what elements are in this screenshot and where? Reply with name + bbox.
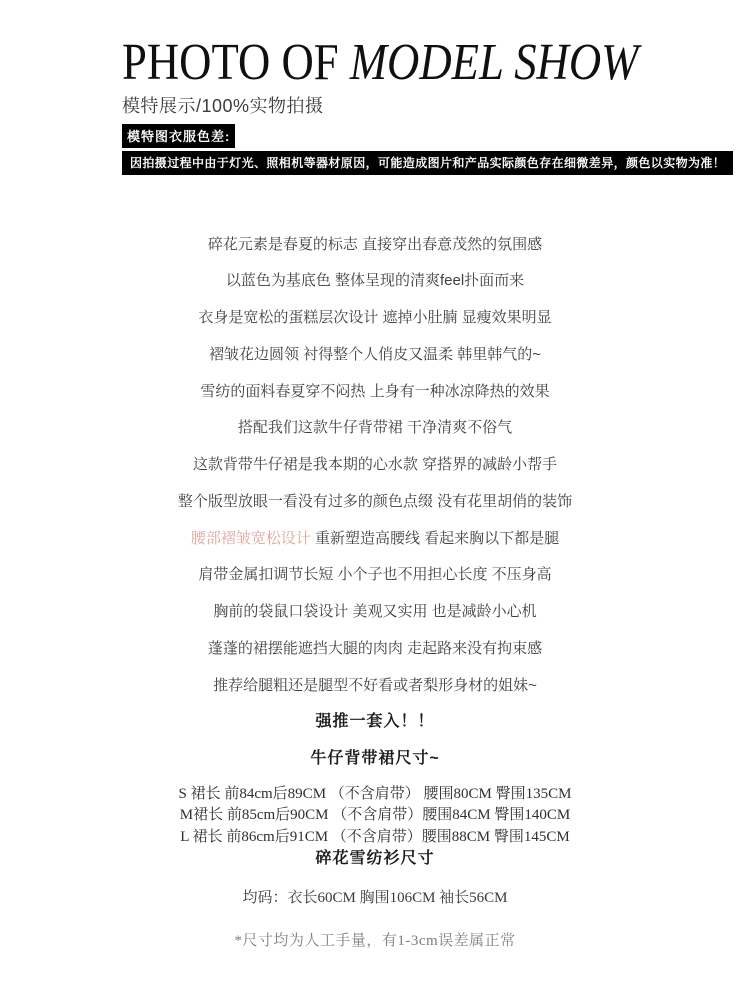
size-row-m: M裙长 前85cm后90CM （不含肩带）腰围84CM 臀围140CM (0, 805, 750, 827)
product-description-page: PHOTO OF MODEL SHOW 模特展示/100%实物拍摄 模特图衣服色… (0, 0, 750, 992)
description-line: 整个版型放眼一看没有过多的颜色点缀 没有花里胡俏的装饰 (0, 484, 750, 521)
color-notice-banner: 因拍摄过程中由于灯光、照相机等器材原因，可能造成图片和产品实际颜色存在细微差异，… (122, 151, 733, 175)
page-title-regular: PHOTO OF (122, 34, 350, 91)
shirt-size-heading: 碎花雪纺衫尺寸 (0, 848, 750, 870)
description-line: 搭配我们这款牛仔背带裙 干净清爽不俗气 (0, 410, 750, 447)
description-text-block: 碎花元素是春夏的标志 直接穿出春意茂然的氛围感 以蓝色为基底色 整体呈现的清爽f… (0, 227, 750, 778)
page-subtitle: 模特展示/100%实物拍摄 (122, 92, 750, 118)
recommend-heading: 强推一套入！！ (0, 704, 750, 741)
header-section: PHOTO OF MODEL SHOW 模特展示/100%实物拍摄 模特图衣服色… (0, 0, 750, 175)
description-line: 碎花元素是春夏的标志 直接穿出春意茂然的氛围感 (0, 227, 750, 264)
skirt-size-heading: 牛仔背带裙尺寸~ (0, 741, 750, 778)
description-line: 雪纺的面料春夏穿不闷热 上身有一种冰凉降热的效果 (0, 374, 750, 411)
description-line: 推荐给腿粗还是腿型不好看或者梨形身材的姐妹~ (0, 668, 750, 705)
color-difference-badge: 模特图衣服色差: (122, 124, 235, 148)
highlighted-feature-text: 腰部褶皱宽松设计 (191, 530, 311, 547)
description-line: 胸前的袋鼠口袋设计 美观又实用 也是减龄小心机 (0, 594, 750, 631)
page-title: PHOTO OF MODEL SHOW (122, 42, 638, 85)
description-line: 蓬蓬的裙摆能遮挡大腿的肉肉 走起路来没有拘束感 (0, 631, 750, 668)
description-line-highlighted: 腰部褶皱宽松设计 重新塑造高腰线 看起来胸以下都是腿 (0, 521, 750, 558)
page-title-italic: MODEL SHOW (350, 34, 639, 91)
description-line: 褶皱花边圆领 衬得整个人俏皮又温柔 韩里韩气的~ (0, 337, 750, 374)
description-line: 这款背带牛仔裙是我本期的心水款 穿搭界的减龄小帮手 (0, 447, 750, 484)
shirt-size-row: 均码：衣长60CM 胸围106CM 袖长56CM (0, 886, 750, 907)
measurement-note: *尺寸均为人工手量，有1-3cm误差属正常 (0, 929, 750, 950)
description-line: 肩带金属扣调节长短 小个子也不用担心长度 不压身高 (0, 557, 750, 594)
size-row-l: L 裙长 前86cm后91CM （不含肩带）腰围88CM 臀围145CM (0, 827, 750, 849)
description-line: 以蓝色为基底色 整体呈现的清爽feel扑面而来 (0, 263, 750, 300)
badge-row: 模特图衣服色差: (122, 124, 750, 148)
size-row-s: S 裙长 前84cm后89CM （不含肩带） 腰围80CM 臀围135CM (0, 784, 750, 806)
size-chart-block: S 裙长 前84cm后89CM （不含肩带） 腰围80CM 臀围135CM M裙… (0, 784, 750, 871)
description-line: 衣身是宽松的蛋糕层次设计 遮掉小肚腩 显瘦效果明显 (0, 300, 750, 337)
description-line-rest: 重新塑造高腰线 看起来胸以下都是腿 (311, 530, 559, 547)
